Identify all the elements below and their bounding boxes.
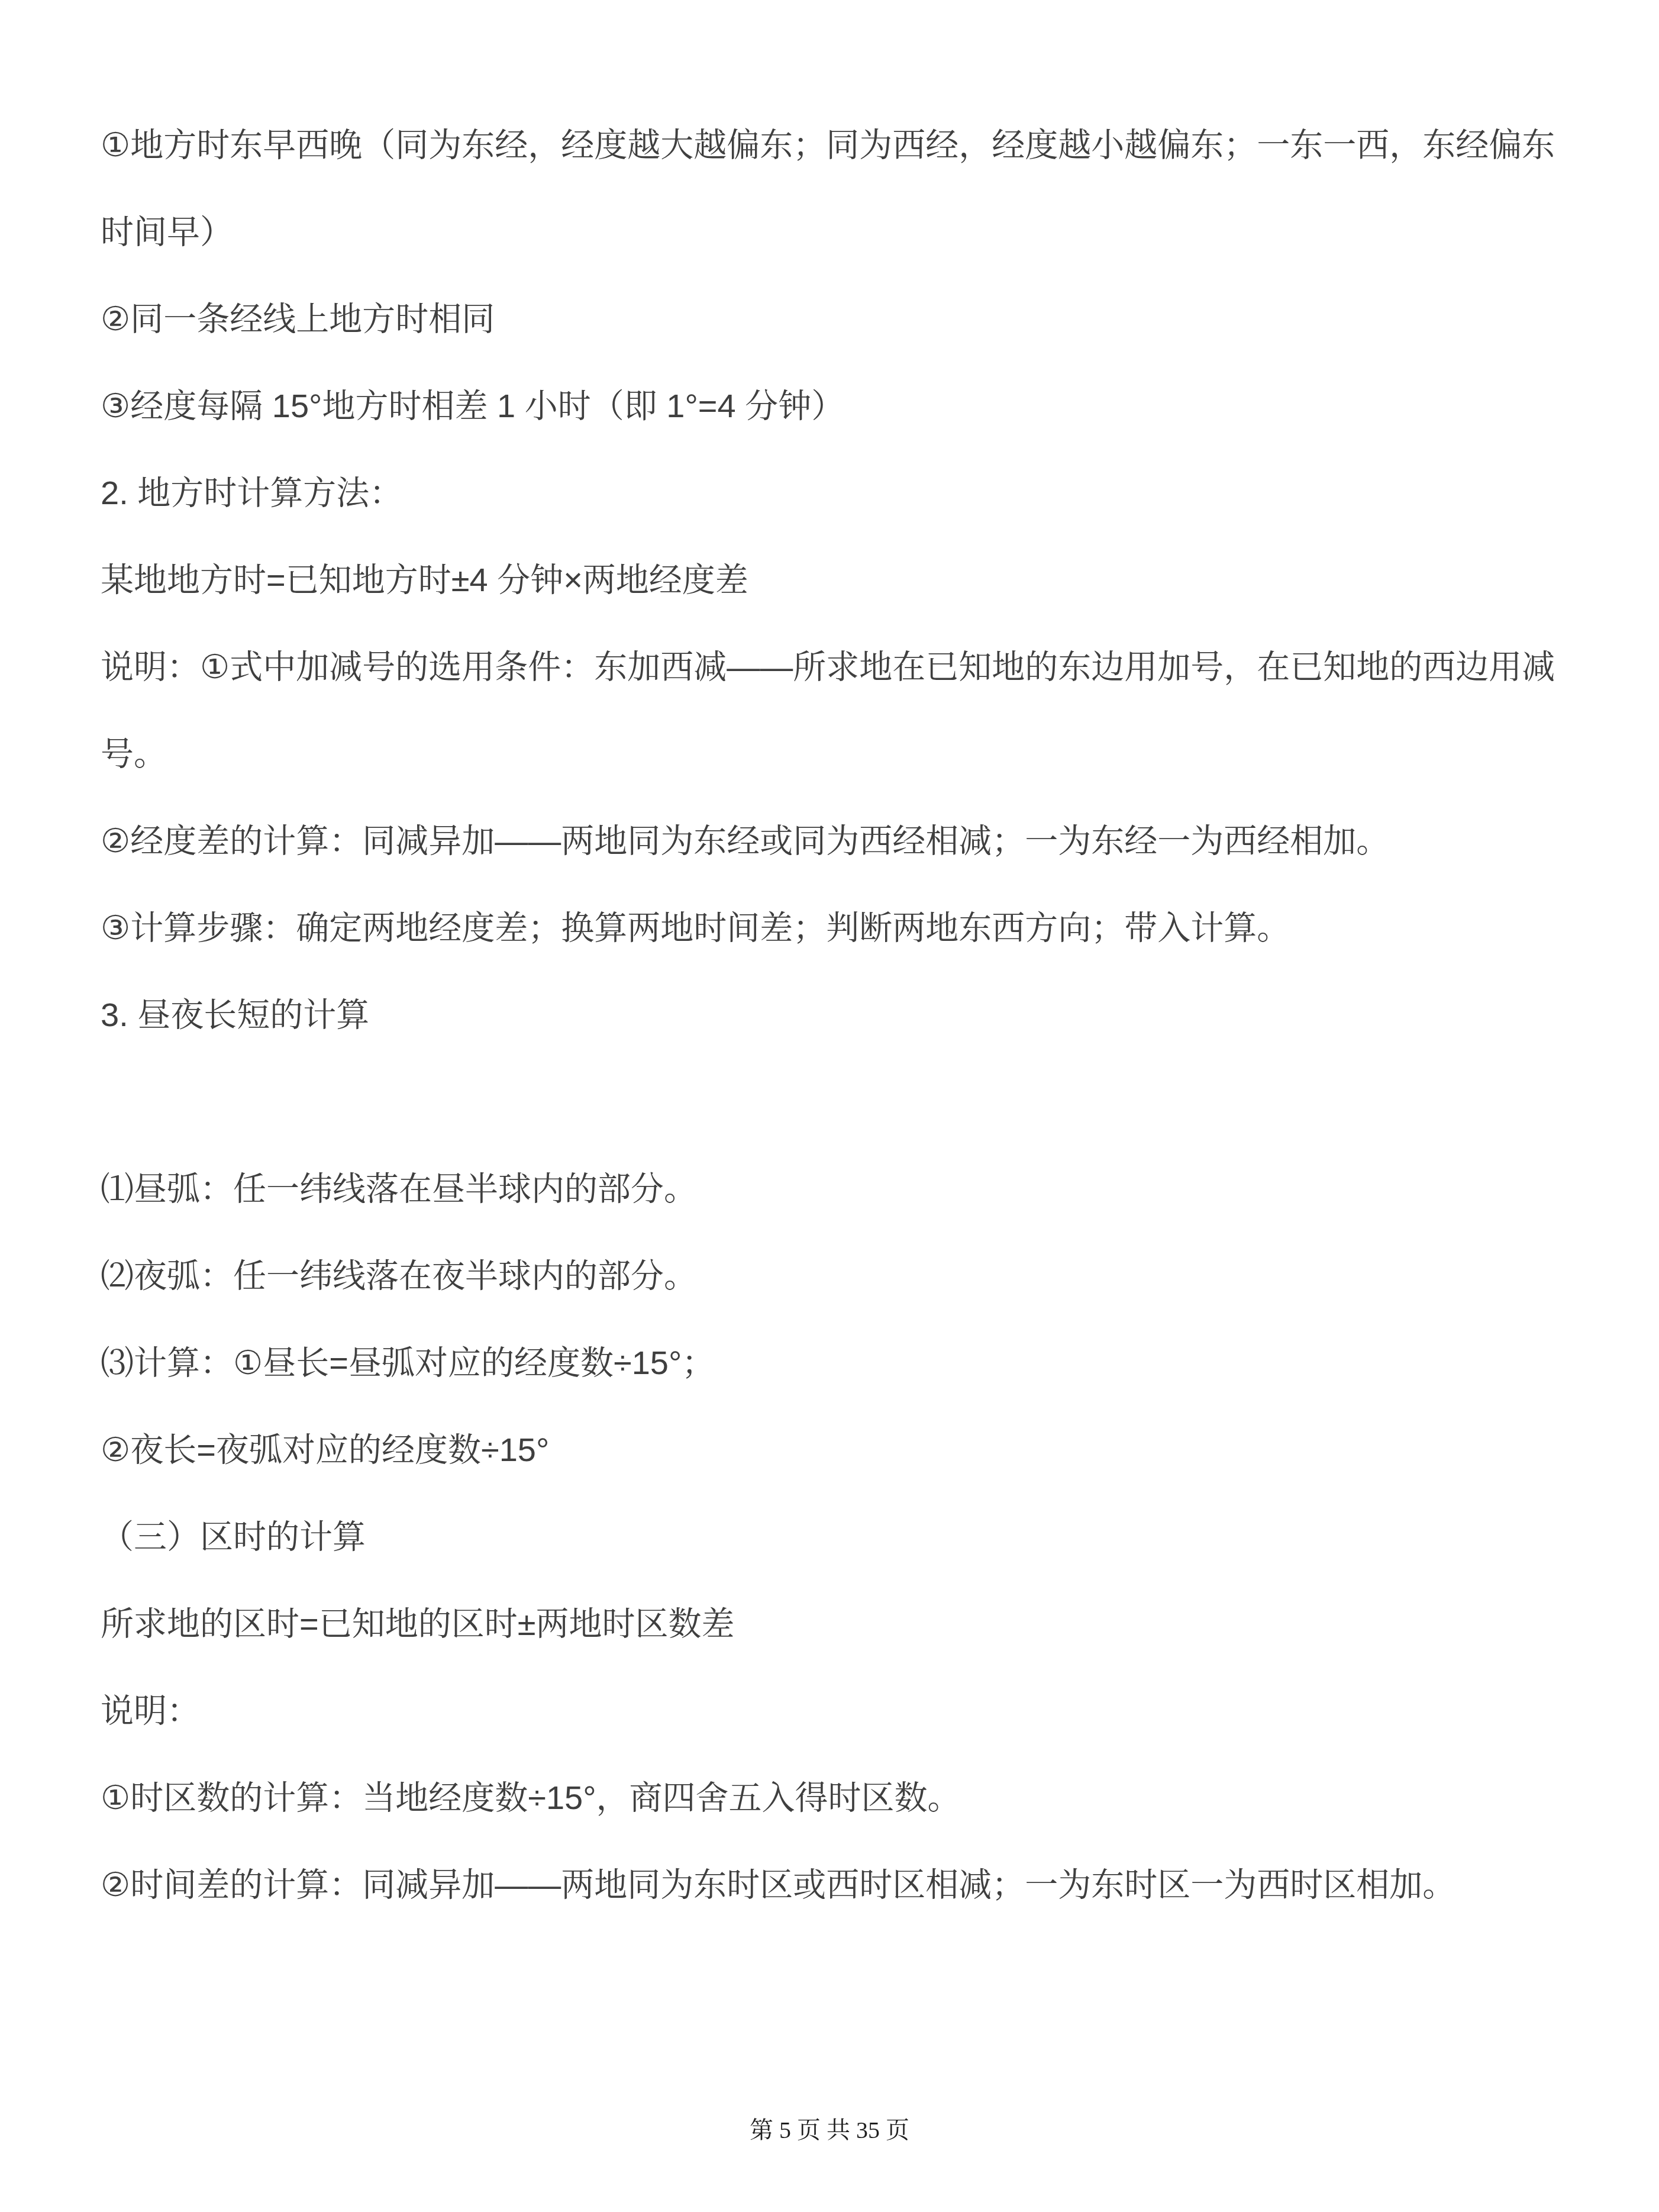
text-line: ②同一条经线上地方时相同 [101,275,1580,362]
blank-line [101,1058,1580,1145]
text-line: ⑴昼弧：任一纬线落在昼半球内的部分。 [101,1145,1580,1232]
text-line: ②经度差的计算：同减异加——两地同为东经或同为西经相减；一为东经一为西经相加。 [101,797,1580,884]
page-number-footer: 第 5 页 共 35 页 [0,2114,1659,2147]
document-page: ①地方时东早西晚（同为东经，经度越大越偏东；同为西经，经度越小越偏东；一东一西，… [0,0,1659,2212]
text-line: ①时区数的计算：当地经度数÷15°，商四舍五入得时区数。 [101,1754,1580,1841]
text-line: 说明：①式中加减号的选用条件：东加西减——所求地在已知地的东边用加号，在已知地的… [101,623,1580,710]
text-line: ①地方时东早西晚（同为东经，经度越大越偏东；同为西经，经度越小越偏东；一东一西，… [101,101,1580,188]
text-line: 3. 昼夜长短的计算 [101,971,1580,1058]
document-body: ①地方时东早西晚（同为东经，经度越大越偏东；同为西经，经度越小越偏东；一东一西，… [101,101,1580,1928]
text-line: ②时间差的计算：同减异加——两地同为东时区或西时区相减；一为东时区一为西时区相加… [101,1841,1580,1928]
text-line: 2. 地方时计算方法： [101,449,1580,536]
text-line: ③计算步骤：确定两地经度差；换算两地时间差；判断两地东西方向；带入计算。 [101,884,1580,971]
text-line: ②夜长=夜弧对应的经度数÷15° [101,1406,1580,1493]
text-line: ⑶计算：①昼长=昼弧对应的经度数÷15°； [101,1319,1580,1406]
text-line: （三）区时的计算 [101,1493,1580,1580]
text-line: 某地地方时=已知地方时±4 分钟×两地经度差 [101,536,1580,623]
text-line: ③经度每隔 15°地方时相差 1 小时（即 1°=4 分钟） [101,362,1580,449]
text-line: 时间早） [101,188,1580,275]
text-line: 号。 [101,710,1580,797]
text-line: ⑵夜弧：任一纬线落在夜半球内的部分。 [101,1232,1580,1319]
text-line: 说明： [101,1667,1580,1754]
text-line: 所求地的区时=已知地的区时±两地时区数差 [101,1580,1580,1667]
